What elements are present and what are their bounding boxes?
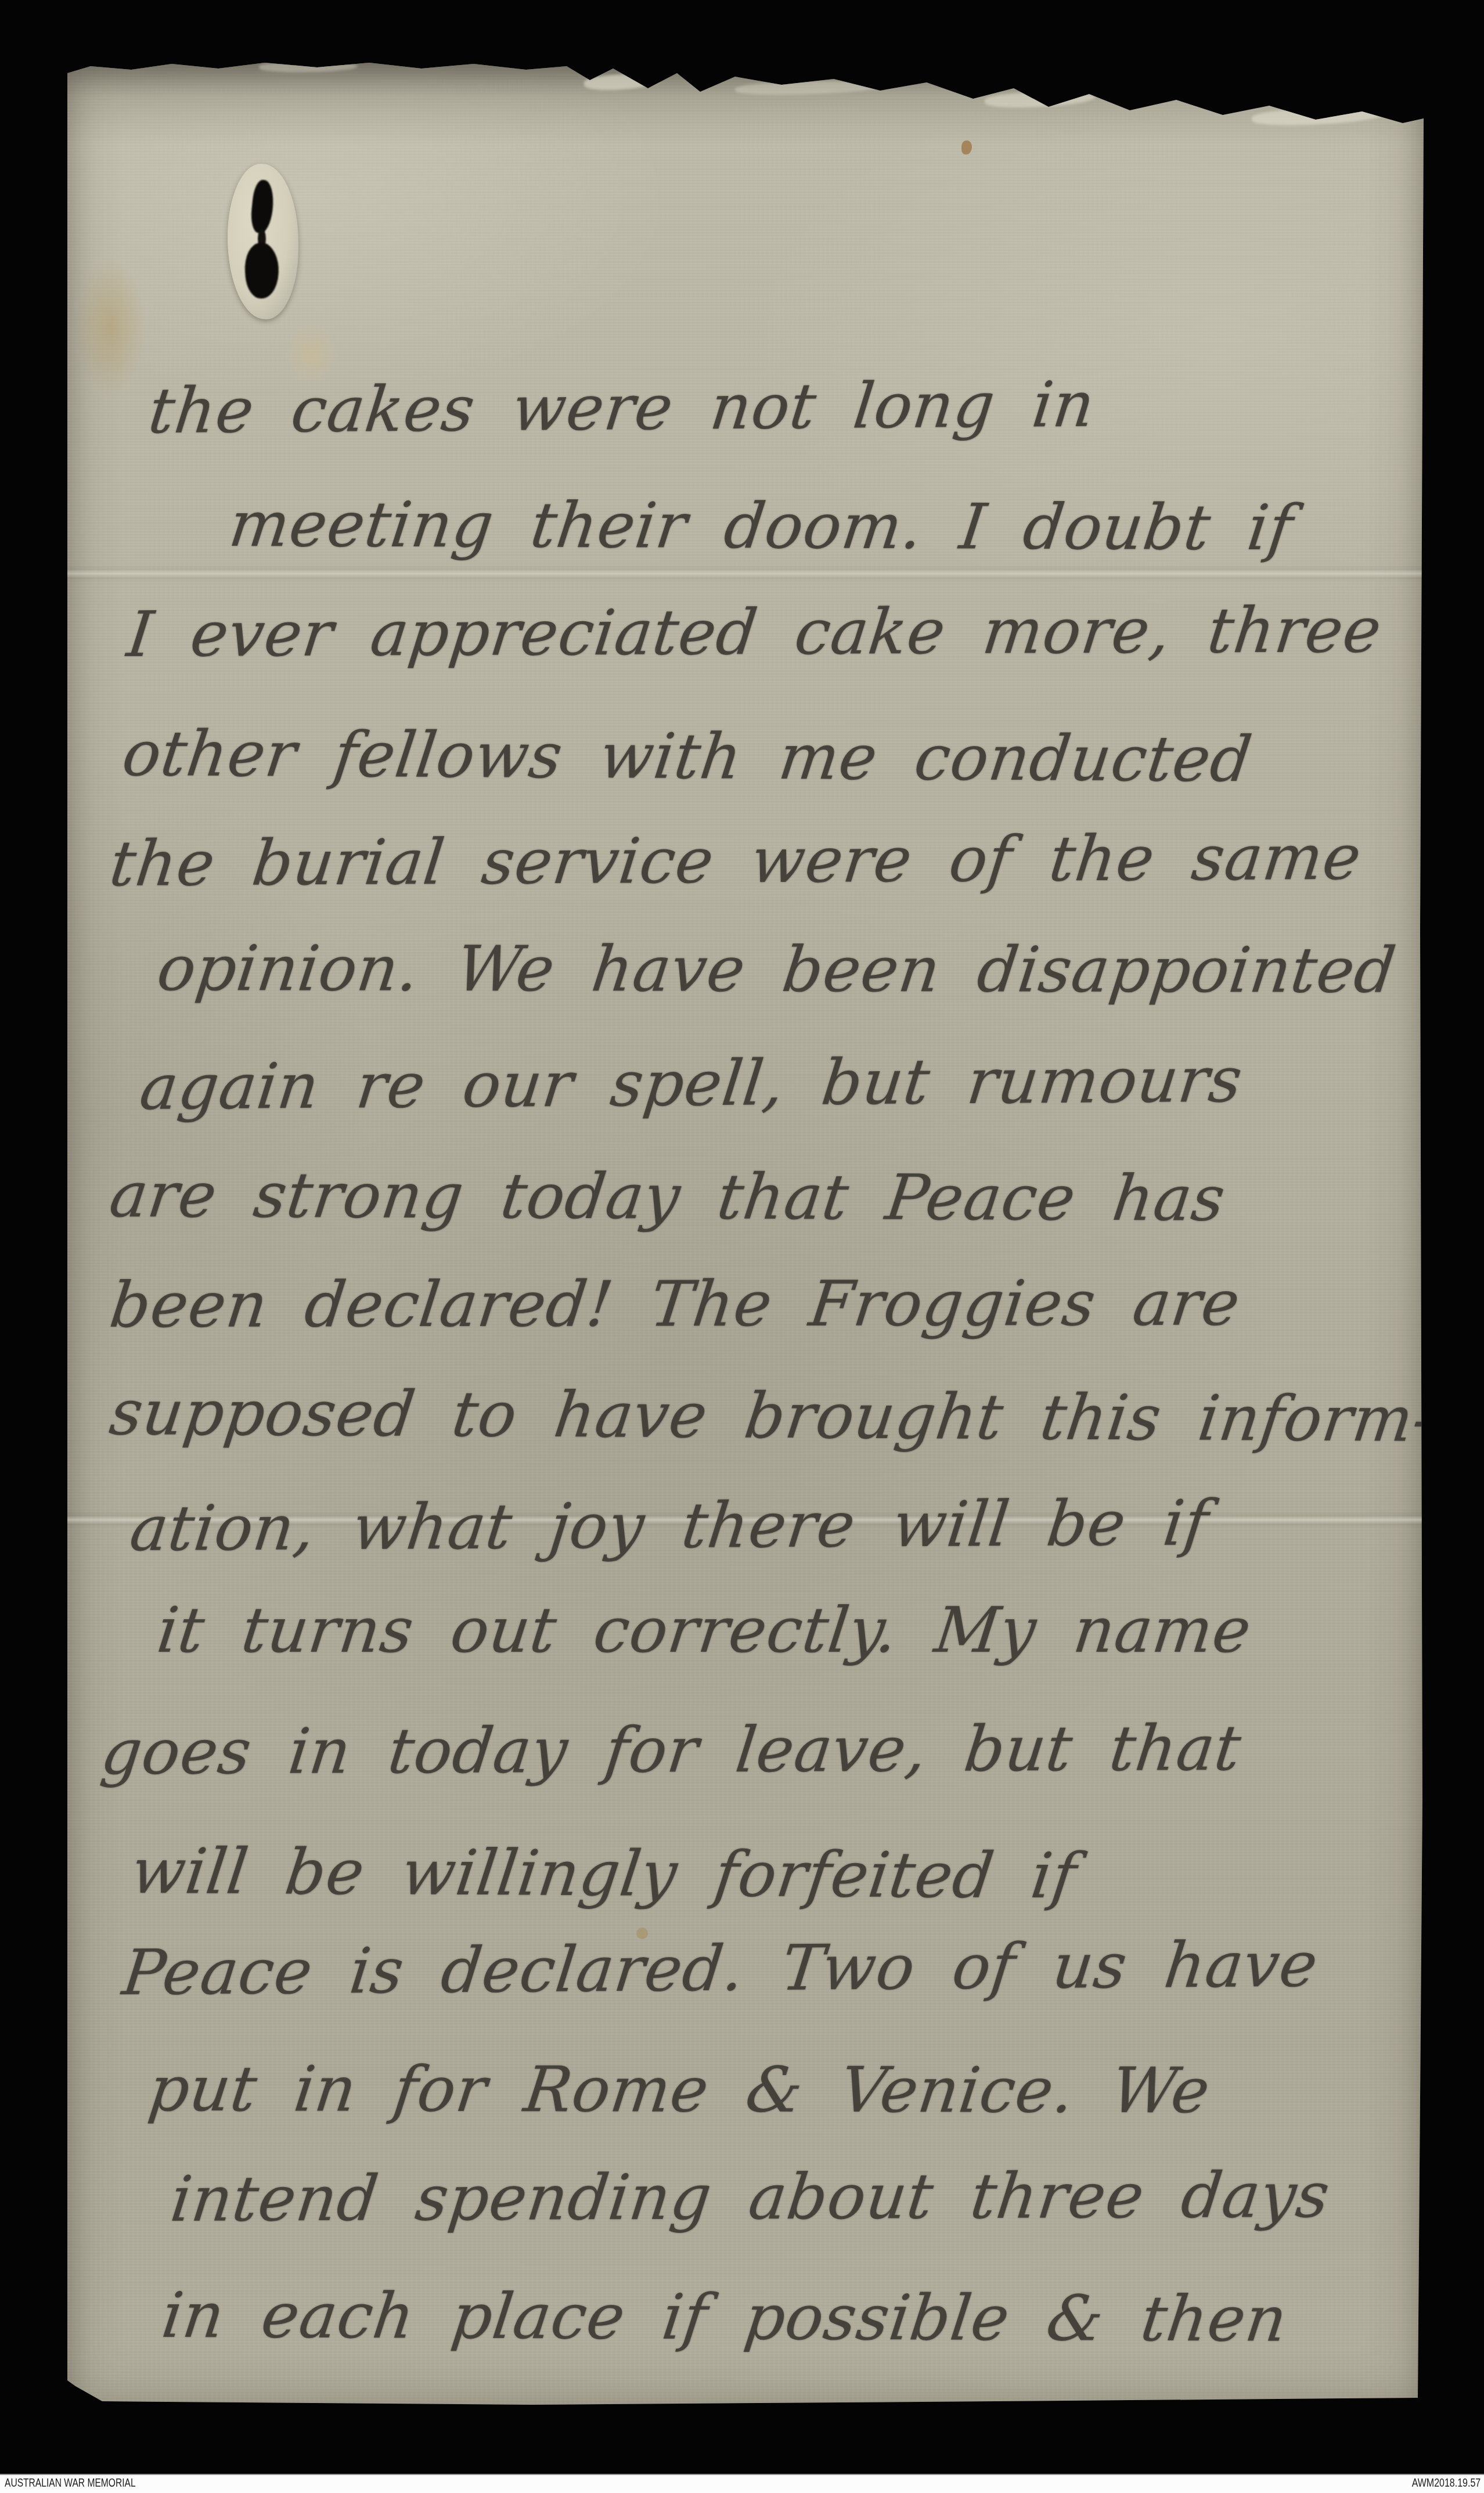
handwritten-line-1: the cakes were not long in xyxy=(146,374,1098,443)
handwritten-line-6: opinion. We have been disappointed xyxy=(154,938,1399,1003)
handwritten-line-10: supposed to have brought this inform- xyxy=(106,1382,1439,1451)
handwritten-text-block: the cakes were not long inmeeting their … xyxy=(67,58,1424,2405)
handwritten-line-4: other fellows with me conducted xyxy=(119,723,1255,791)
handwritten-line-3: I ever appreciated cake more, three xyxy=(124,599,1385,667)
handwritten-line-15: Peace is declared. Two of us have xyxy=(120,1934,1321,2005)
handwritten-line-7: again re our spell, but rumours xyxy=(137,1049,1246,1119)
scan-viewport: the cakes were not long inmeeting their … xyxy=(0,0,1484,2493)
handwritten-line-11: ation, what joy there will be if xyxy=(127,1492,1212,1561)
handwritten-line-8: are strong today that Peace has xyxy=(106,1164,1229,1231)
handwritten-line-16: put in for Rome & Venice. We xyxy=(145,2058,1213,2123)
handwritten-line-5: the burial service were of the same xyxy=(107,827,1365,896)
accession-number: AWM2018.19.57 xyxy=(1411,2477,1481,2490)
handwritten-line-9: been declared! The Froggies are xyxy=(106,1273,1243,1337)
handwritten-line-17: intend spending about three days xyxy=(168,2164,1333,2231)
catalog-bar: AUSTRALIAN WAR MEMORIAL AWM2018.19.57 xyxy=(0,2474,1484,2493)
letter-page: the cakes were not long inmeeting their … xyxy=(67,58,1424,2405)
handwritten-line-2: meeting their doom. I doubt if xyxy=(226,493,1296,560)
handwritten-line-12: it turns out correctly. My name xyxy=(154,1599,1254,1662)
institution-label: AUSTRALIAN WAR MEMORIAL xyxy=(5,2477,136,2490)
handwritten-line-18: in each place if possible & then xyxy=(159,2285,1291,2351)
handwritten-line-13: goes in today for leave, but that xyxy=(98,1717,1245,1784)
handwritten-line-14: will be willingly forfeited if xyxy=(128,1840,1080,1908)
